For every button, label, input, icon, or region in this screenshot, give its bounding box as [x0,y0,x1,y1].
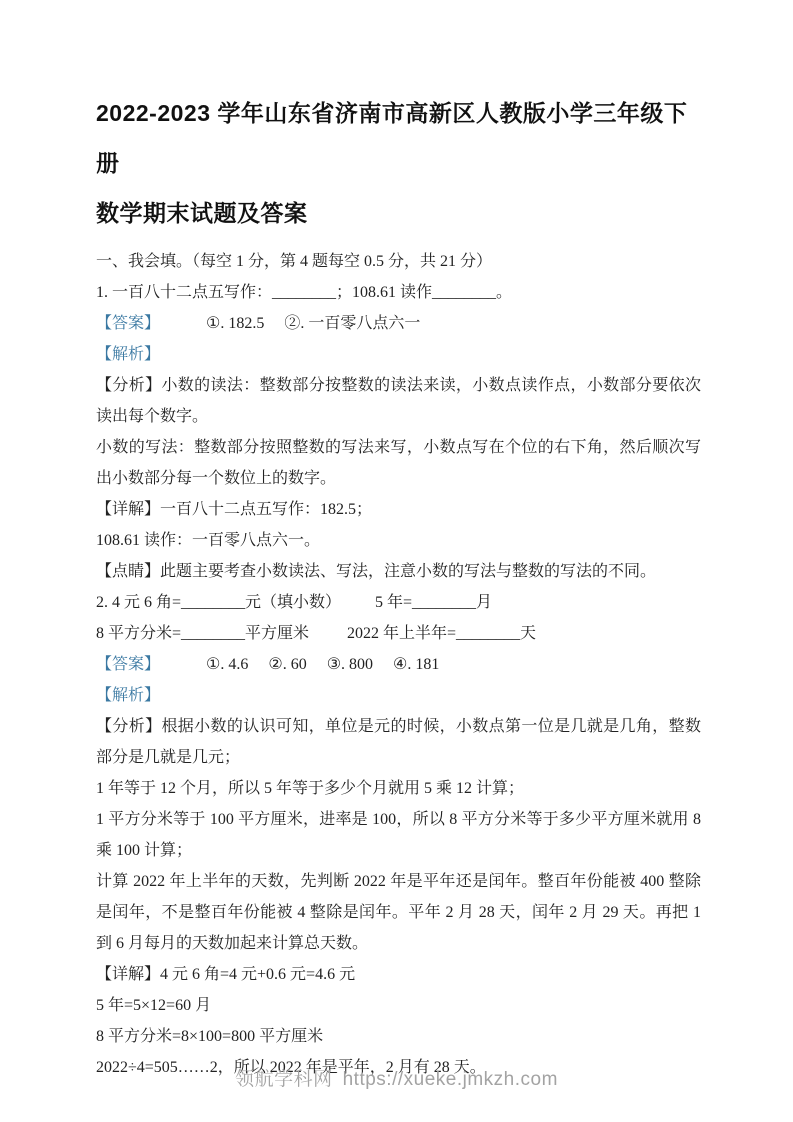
question-2-stem-row2-right: 2022 年上半年=________天 [347,618,536,649]
jiexi-label: 【解析】 [96,346,160,363]
footer-url: https://xueke.jmkzh.com [343,1069,558,1090]
section-heading: 一、我会填。（每空 1 分，第 4 题每空 0.5 分，共 21 分） [96,246,701,277]
question-2-answer-row: 【答案】①. 4.6②. 60③. 800④. 181 [96,649,701,680]
question-2-detail-2: 5 年=5×12=60 月 [96,990,701,1021]
answer-item: ①. 4.6 [206,656,248,673]
answer-label: 【答案】 [96,656,160,673]
question-2-analysis-2: 1 年等于 12 个月，所以 5 年等于多少个月就用 5 乘 12 计算； [96,773,701,804]
footer-site-name: 领航学科网 [235,1069,333,1090]
answer-item: ①. 182.5 [206,315,264,332]
answer-item: ②. 60 [268,656,306,673]
answer-label: 【答案】 [96,315,160,332]
question-1-answer-row: 【答案】①. 182.5②. 一百零八点六一 [96,308,701,339]
question-2-stem-row1-left: 2. 4 元 6 角=________元（填小数） [96,594,341,611]
question-1-analysis-1: 【分析】小数的读法：整数部分按整数的读法来读，小数点读作点，小数部分要依次读出每… [96,370,701,432]
question-2-detail-1: 【详解】4 元 6 角=4 元+0.6 元=4.6 元 [96,959,701,990]
question-2-stem-row2: 8 平方分米=________平方厘米 2022 年上半年=________天 [96,618,701,649]
question-1-stem: 1. 一百八十二点五写作：________；108.61 读作________。 [96,277,701,308]
question-1-detail-2: 108.61 读作：一百零八点六一。 [96,525,701,556]
question-1-analysis-2: 小数的写法：整数部分按照整数的写法来写，小数点写在个位的右下角，然后顺次写出小数… [96,432,701,494]
question-2-detail-3: 8 平方分米=8×100=800 平方厘米 [96,1021,701,1052]
question-2-analysis-1: 【分析】根据小数的认识可知，单位是元的时候，小数点第一位是几就是几角，整数部分是… [96,711,701,773]
question-2-stem-row2-left: 8 平方分米=________平方厘米 [96,625,309,642]
question-2-stem-row1: 2. 4 元 6 角=________元（填小数） 5 年=________月 [96,587,701,618]
question-1-dianjing: 【点睛】此题主要考查小数读法、写法，注意小数的写法与整数的写法的不同。 [96,556,701,587]
question-2-jiexi-row: 【解析】 [96,680,701,711]
answer-item: ②. 一百零八点六一 [284,315,420,332]
question-2-analysis-3: 1 平方分米等于 100 平方厘米，进率是 100，所以 8 平方分米等于多少平… [96,804,701,866]
document-content: 2022-2023 学年山东省济南市高新区人教版小学三年级下册 数学期末试题及答… [0,0,793,1083]
page-title: 2022-2023 学年山东省济南市高新区人教版小学三年级下册 数学期末试题及答… [96,88,701,238]
answer-item: ④. 181 [393,656,439,673]
answer-item: ③. 800 [327,656,373,673]
footer-watermark: 领航学科网https://xueke.jmkzh.com [0,1066,793,1094]
question-2-analysis-4: 计算 2022 年上半年的天数，先判断 2022 年是平年还是闰年。整百年份能被… [96,866,701,959]
page-title-line1: 2022-2023 学年山东省济南市高新区人教版小学三年级下册 [96,88,701,188]
document-page: 2022-2023 学年山东省济南市高新区人教版小学三年级下册 数学期末试题及答… [0,0,793,1122]
question-1-detail-1: 【详解】一百八十二点五写作：182.5； [96,494,701,525]
question-2-stem-row1-right: 5 年=________月 [375,587,492,618]
question-1-jiexi-row: 【解析】 [96,339,701,370]
page-title-line2: 数学期末试题及答案 [96,188,701,238]
jiexi-label: 【解析】 [96,687,160,704]
